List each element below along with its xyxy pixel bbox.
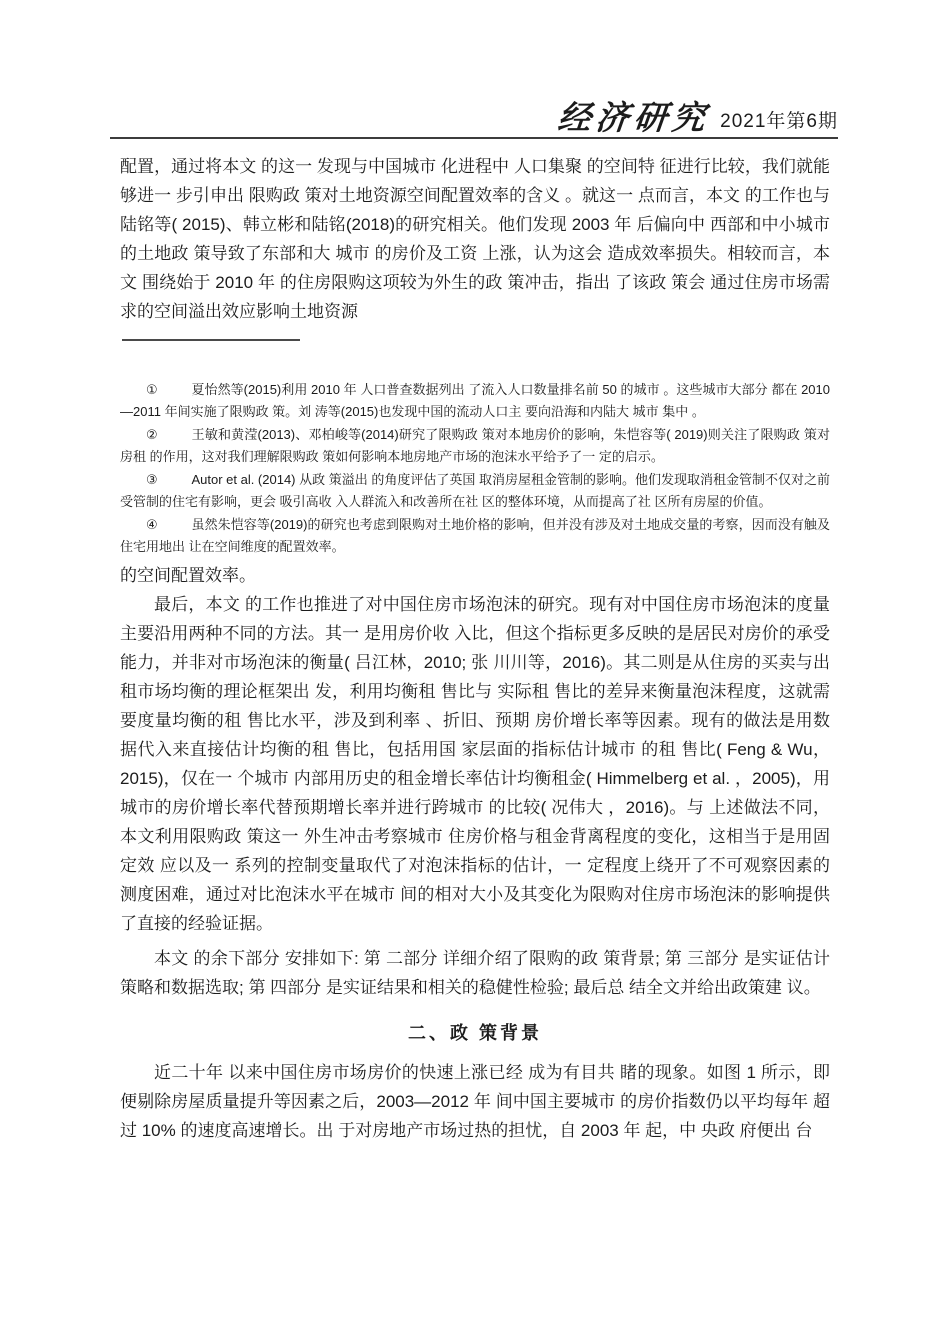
footnote-1: ①夏怡然等(2015)利用 2010 年 人口普查数据列出 了流入人口数量排名前… xyxy=(120,379,830,423)
footnote-4: ④虽然朱恺容等(2019)的研究也考虑到限购对土地价格的影响，但并没有涉及对土地… xyxy=(120,514,830,558)
footnote-2-marker: ② xyxy=(146,427,158,442)
footnote-2-text: 王敏和黄滢(2013)、邓柏峻等(2014)研究了限购政 策对本地房价的影响，朱… xyxy=(120,427,830,464)
footnotes-section: ①夏怡然等(2015)利用 2010 年 人口普查数据列出 了流入人口数量排名前… xyxy=(120,379,830,558)
paragraph-outline: 本文 的余下部分 安排如下: 第 二部分 详细介绍了限购的政 策背景; 第 三部… xyxy=(120,944,830,1002)
footnote-1-marker: ① xyxy=(146,382,158,397)
paper-page: 经济研究 2021年第6期 配置，通过将本文 的这一 发现与中国城市 化进程中 … xyxy=(0,0,950,1344)
journal-logo-calligraphy: 经济研究 xyxy=(556,101,711,134)
footnote-4-marker: ④ xyxy=(146,517,158,532)
paragraph-continuation: 配置，通过将本文 的这一 发现与中国城市 化进程中 人口集聚 的空间特 征进行比… xyxy=(120,152,830,326)
footnote-3-text: Autor et al. (2014) 从政 策溢出 的角度评估了英国 取消房屋… xyxy=(120,472,830,509)
issue-label: 2021年第6期 xyxy=(720,112,838,134)
footnote-1-text: 夏怡然等(2015)利用 2010 年 人口普查数据列出 了流入人口数量排名前 … xyxy=(120,382,830,419)
paragraph-bubble-research: 最后，本文 的工作也推进了对中国住房市场泡沫的研究。现有对中国住房市场泡沫的度量… xyxy=(120,590,830,938)
footnote-4-text: 虽然朱恺容等(2019)的研究也考虑到限购对土地价格的影响，但并没有涉及对土地成… xyxy=(120,517,830,554)
footnote-3: ③Autor et al. (2014) 从政 策溢出 的角度评估了英国 取消房… xyxy=(120,469,830,513)
footnote-separator-rule xyxy=(122,339,300,341)
paragraph-fragment: 的空间配置效率。 xyxy=(120,561,830,590)
journal-header: 经济研究 2021年第6期 xyxy=(110,0,838,139)
section-heading-policy-background: 二、政 策背景 xyxy=(120,1019,830,1045)
footnote-2: ②王敏和黄滢(2013)、邓柏峻等(2014)研究了限购政 策对本地房价的影响，… xyxy=(120,424,830,468)
paragraph-policy-background: 近二十年 以来中国住房市场房价的快速上涨已经 成为有目共 睹的现象。如图 1 所… xyxy=(120,1058,830,1145)
footnote-3-marker: ③ xyxy=(146,472,158,487)
page-body: 配置，通过将本文 的这一 发现与中国城市 化进程中 人口集聚 的空间特 征进行比… xyxy=(120,152,830,1145)
